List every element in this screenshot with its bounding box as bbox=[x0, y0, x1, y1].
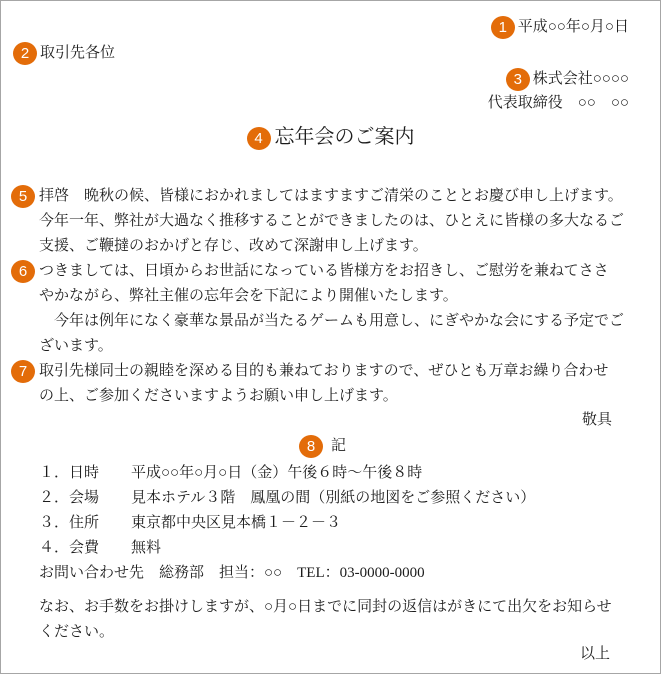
record-item-datetime: １．日時 平成○○年○月○日（金）午後６時～午後８時 bbox=[39, 461, 644, 486]
end-word: 以上 bbox=[39, 645, 644, 663]
record-item-value: 見本ホテル３階 鳳凰の間（別紙の地図をご参照ください） bbox=[131, 486, 644, 511]
record-item-fee: ４．会費 無料 bbox=[39, 536, 644, 561]
record-item-label: １．日時 bbox=[39, 461, 131, 486]
record-list: １．日時 平成○○年○月○日（金）午後６時～午後８時 ２．会場 見本ホテル３階 … bbox=[39, 461, 644, 585]
recipient-row: 2取引先各位 bbox=[1, 41, 660, 65]
closing-word: 敬具 bbox=[39, 409, 644, 431]
date-row: 1平成○○年○月○日 bbox=[1, 15, 660, 39]
record-item-value: 平成○○年○月○日（金）午後６時～午後８時 bbox=[131, 461, 644, 486]
marker-badge-6: 6 bbox=[11, 260, 35, 283]
marker-badge-5: 5 bbox=[11, 185, 35, 208]
marker-badge-2: 2 bbox=[13, 42, 37, 65]
company-row: 3株式会社○○○○ bbox=[1, 67, 660, 91]
marker-badge-4: 4 bbox=[247, 127, 271, 150]
recipient-text: 取引先各位 bbox=[40, 45, 115, 61]
paragraph-line: やかながら、弊社主催の忘年会を下記により開催いたします。 bbox=[39, 284, 644, 309]
paragraph-line: 支援、ご鞭撻のおかげと存じ、改めて深謝申し上げます。 bbox=[39, 234, 644, 259]
record-heading: 記 bbox=[331, 438, 346, 454]
title-row: 4忘年会のご案内 bbox=[1, 121, 660, 153]
record-item-label: ３．住所 bbox=[39, 511, 131, 536]
greeting-paragraph-7: 7 取引先様同士の親睦を深める目的も兼ねておりますので、ぜひとも万章お繰り合わせ… bbox=[39, 359, 644, 409]
record-item-value: 東京都中央区見本橋１－２－３ bbox=[131, 511, 644, 536]
marker-badge-3: 3 bbox=[506, 68, 530, 91]
paragraph-line: 取引先様同士の親睦を深める目的も兼ねておりますので、ぜひとも万章お繰り合わせ bbox=[39, 359, 644, 384]
marker-badge-1: 1 bbox=[491, 16, 515, 39]
signer-name: 代表取締役 ○○ ○○ bbox=[488, 95, 629, 111]
record-item-label: ４．会費 bbox=[39, 536, 131, 561]
marker-badge-7: 7 bbox=[11, 360, 35, 383]
marker-badge-8: 8 bbox=[299, 435, 323, 458]
paragraph-line: ざいます。 bbox=[39, 334, 644, 359]
record-item-venue: ２．会場 見本ホテル３階 鳳凰の間（別紙の地図をご参照ください） bbox=[39, 486, 644, 511]
document-page: 1平成○○年○月○日 2取引先各位 3株式会社○○○○ 代表取締役 ○○ ○○ … bbox=[0, 0, 661, 674]
paragraph-line: の上、ご参加くださいますようお願い申し上げます。 bbox=[39, 384, 644, 409]
paragraph-line: 今年一年、弊社が大過なく推移することができましたのは、ひとえに皆様の多大なるご bbox=[39, 209, 644, 234]
paragraph-line: なお、お手数をお掛けしますが、○月○日までに同封の返信はがきにて出欠をお知らせ bbox=[39, 595, 644, 620]
contact-line: お問い合わせ先 総務部 担当：○○ TEL：03-0000-0000 bbox=[39, 561, 644, 585]
company-name: 株式会社○○○○ bbox=[533, 71, 629, 87]
record-item-value: 無料 bbox=[131, 536, 644, 561]
record-item-address: ３．住所 東京都中央区見本橋１－２－３ bbox=[39, 511, 644, 536]
signer-row: 代表取締役 ○○ ○○ bbox=[1, 93, 660, 113]
document-title: 忘年会のご案内 bbox=[275, 126, 415, 148]
paragraph-line: 拝啓 晩秋の候、皆様におかれましてはますますご清栄のこととお慶び申し上げます。 bbox=[39, 184, 644, 209]
document-body: 5 拝啓 晩秋の候、皆様におかれましてはますますご清栄のこととお慶び申し上げます… bbox=[39, 184, 644, 663]
greeting-paragraph-6: 6 つきましては、日頃からお世話になっている皆様方をお招きし、ご慰労を兼ねてささ… bbox=[39, 259, 644, 359]
paragraph-line: ください。 bbox=[39, 620, 644, 645]
record-item-label: ２．会場 bbox=[39, 486, 131, 511]
date-text: 平成○○年○月○日 bbox=[518, 19, 629, 35]
record-heading-row: 8記 bbox=[39, 433, 606, 459]
note-paragraph: なお、お手数をお掛けしますが、○月○日までに同封の返信はがきにて出欠をお知らせ … bbox=[39, 595, 644, 645]
paragraph-line: 今年は例年になく豪華な景品が当たるゲームも用意し、にぎやかな会にする予定でご bbox=[39, 309, 644, 334]
greeting-paragraph-5: 5 拝啓 晩秋の候、皆様におかれましてはますますご清栄のこととお慶び申し上げます… bbox=[39, 184, 644, 259]
paragraph-line: つきましては、日頃からお世話になっている皆様方をお招きし、ご慰労を兼ねてささ bbox=[39, 259, 644, 284]
